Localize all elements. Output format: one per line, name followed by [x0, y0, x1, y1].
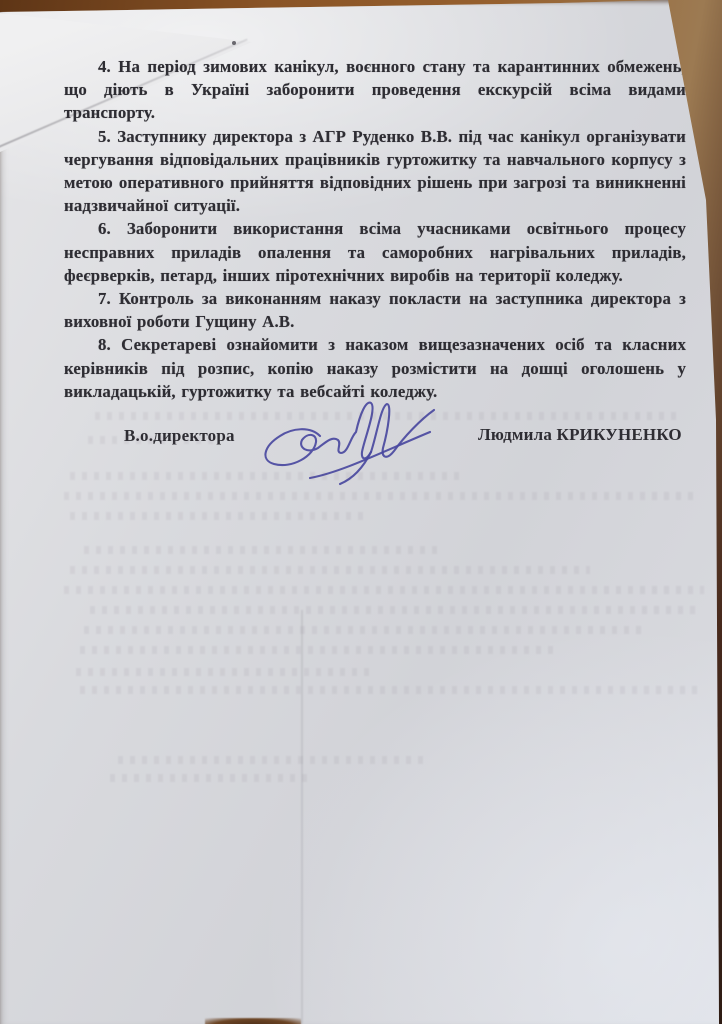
signer-name: Людмила КРИКУНЕНКО — [478, 425, 682, 445]
bleedthrough-line — [70, 472, 460, 480]
bleedthrough-line — [110, 774, 310, 782]
bleedthrough-line — [64, 586, 704, 594]
order-body-text: 4. На період зимових канікул, воєнного с… — [64, 55, 686, 403]
bleedthrough-line — [118, 756, 428, 764]
bleedthrough-line — [70, 512, 370, 520]
order-paragraph-6: 6. Заборонити використання всіма учасник… — [64, 217, 686, 287]
paper-sheet: 4. На період зимових канікул, воєнного с… — [0, 0, 722, 1024]
bleedthrough-line — [70, 566, 590, 574]
order-paragraph-7: 7. Контроль за виконанням наказу покласт… — [64, 287, 686, 333]
bleedthrough-line — [95, 412, 680, 420]
bleedthrough-line — [80, 646, 560, 654]
stray-ink-dot — [232, 41, 236, 45]
table-edge-sliver — [205, 1018, 301, 1024]
order-paragraph-4: 4. На період зимових канікул, воєнного с… — [64, 55, 686, 125]
bleedthrough-line — [88, 436, 218, 444]
bleedthrough-line — [64, 492, 694, 500]
order-paragraph-5: 5. Заступнику директора з АГР Руденко В.… — [64, 125, 686, 218]
bleedthrough-line — [76, 668, 376, 676]
bleedthrough-line — [80, 686, 700, 694]
photo-of-document: 4. На період зимових канікул, воєнного с… — [0, 0, 722, 1024]
bleedthrough-line — [84, 626, 644, 634]
bleedthrough-line — [90, 606, 700, 614]
bleedthrough-line — [84, 546, 444, 554]
